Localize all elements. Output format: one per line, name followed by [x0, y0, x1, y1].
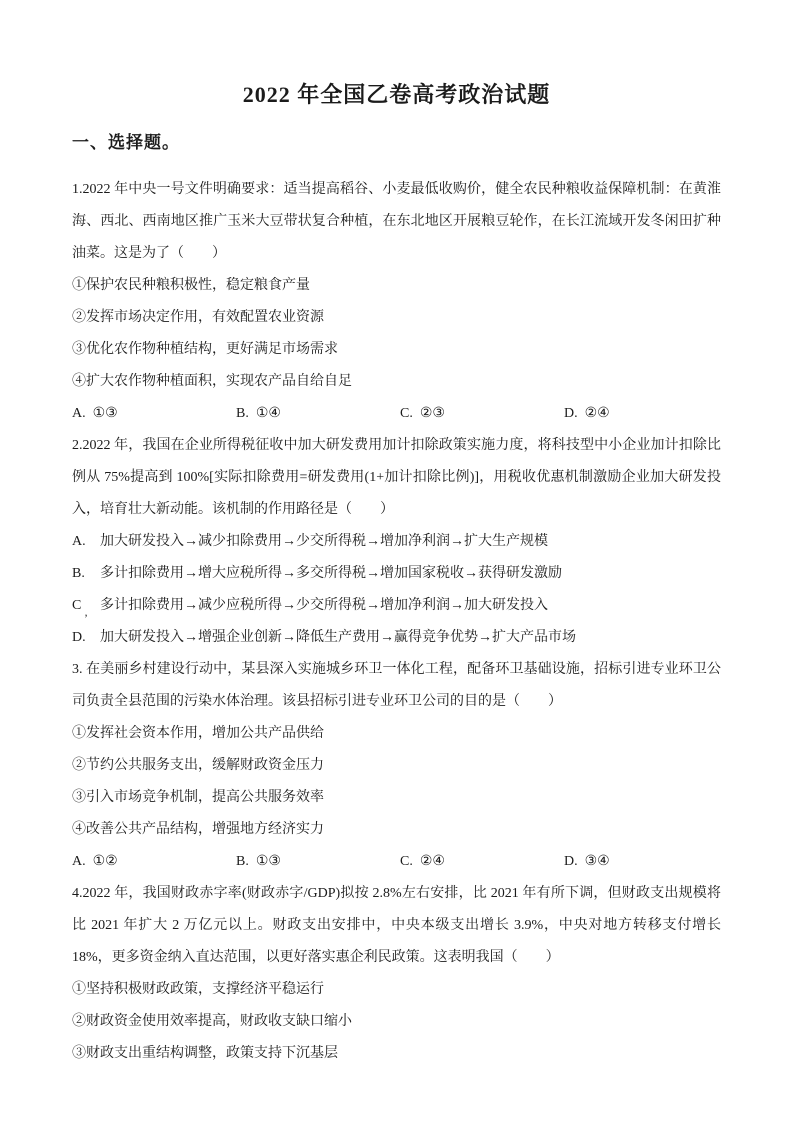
- question-4-item-2: ②财政资金使用效率提高，财政收支缺口缩小: [72, 1006, 721, 1038]
- question-3-choices-row: A.①② B.①③ C.②④ D.③④: [72, 846, 721, 878]
- question-3-item-1: ①发挥社会资本作用，增加公共产品供给: [72, 718, 721, 750]
- question-2: 2.2022 年，我国在企业所得税征收中加大研发费用加计扣除政策实施力度，将科技…: [72, 430, 721, 654]
- question-1-item-1: ①保护农民种粮积极性，稳定粮食产量: [72, 270, 721, 302]
- question-1-choice-d: D.②④: [564, 398, 721, 430]
- question-4: 4.2022 年，我国财政赤字率(财政赤字/GDP)拟按 2.8%左右安排，比 …: [72, 878, 721, 1070]
- question-1: 1.2022 年中央一号文件明确要求：适当提高稻谷、小麦最低收购价，健全农民种粮…: [72, 174, 721, 430]
- question-1-choice-a: A.①③: [72, 398, 236, 430]
- question-1-stem: 1.2022 年中央一号文件明确要求：适当提高稻谷、小麦最低收购价，健全农民种粮…: [72, 174, 721, 270]
- question-2-stem: 2.2022 年，我国在企业所得税征收中加大研发费用加计扣除政策实施力度，将科技…: [72, 430, 721, 526]
- question-4-item-1: ①坚持积极财政政策，支撑经济平稳运行: [72, 974, 721, 1006]
- section-heading: 一、选择题。: [72, 127, 721, 159]
- question-3-choice-b: B.①③: [236, 846, 400, 878]
- question-3-item-2: ②节约公共服务支出，缓解财政资金压力: [72, 750, 721, 782]
- question-1-choice-c: C.②③: [400, 398, 564, 430]
- question-4-item-3: ③财政支出重结构调整，政策支持下沉基层: [72, 1038, 721, 1070]
- question-2-option-a: A.加大研发投入→减少扣除费用→少交所得税→增加净利润→扩大生产规模: [72, 526, 721, 558]
- question-2-option-d: D.加大研发投入→增强企业创新→降低生产费用→赢得竞争优势→扩大产品市场: [72, 622, 721, 654]
- question-4-stem: 4.2022 年，我国财政赤字率(财政赤字/GDP)拟按 2.8%左右安排，比 …: [72, 878, 721, 974]
- question-1-item-2: ②发挥市场决定作用，有效配置农业资源: [72, 302, 721, 334]
- question-3-choice-d: D.③④: [564, 846, 721, 878]
- question-3-choice-a: A.①②: [72, 846, 236, 878]
- question-1-item-3: ③优化农作物种植结构，更好满足市场需求: [72, 334, 721, 366]
- question-3-item-3: ③引入市场竞争机制，提高公共服务效率: [72, 782, 721, 814]
- question-1-choice-b: B.①④: [236, 398, 400, 430]
- stray-mark: ’: [84, 612, 88, 624]
- question-2-option-c: C多计扣除费用→减少应税所得→少交所得税→增加净利润→加大研发投入: [72, 590, 721, 622]
- question-1-item-4: ④扩大农作物种植面积，实现农产品自给自足: [72, 366, 721, 398]
- question-2-option-b: B.多计扣除费用→增大应税所得→多交所得税→增加国家税收→获得研发激励: [72, 558, 721, 590]
- question-3-item-4: ④改善公共产品结构，增强地方经济实力: [72, 814, 721, 846]
- document-title: 2022 年全国乙卷高考政治试题: [72, 77, 721, 113]
- question-3: 3. 在美丽乡村建设行动中，某县深入实施城乡环卫一体化工程，配备环卫基础设施，招…: [72, 654, 721, 878]
- question-1-choices-row: A.①③ B.①④ C.②③ D.②④: [72, 398, 721, 430]
- question-3-choice-c: C.②④: [400, 846, 564, 878]
- exam-document-page: 2022 年全国乙卷高考政治试题 一、选择题。 1.2022 年中央一号文件明确…: [0, 0, 793, 1122]
- question-3-stem: 3. 在美丽乡村建设行动中，某县深入实施城乡环卫一体化工程，配备环卫基础设施，招…: [72, 654, 721, 718]
